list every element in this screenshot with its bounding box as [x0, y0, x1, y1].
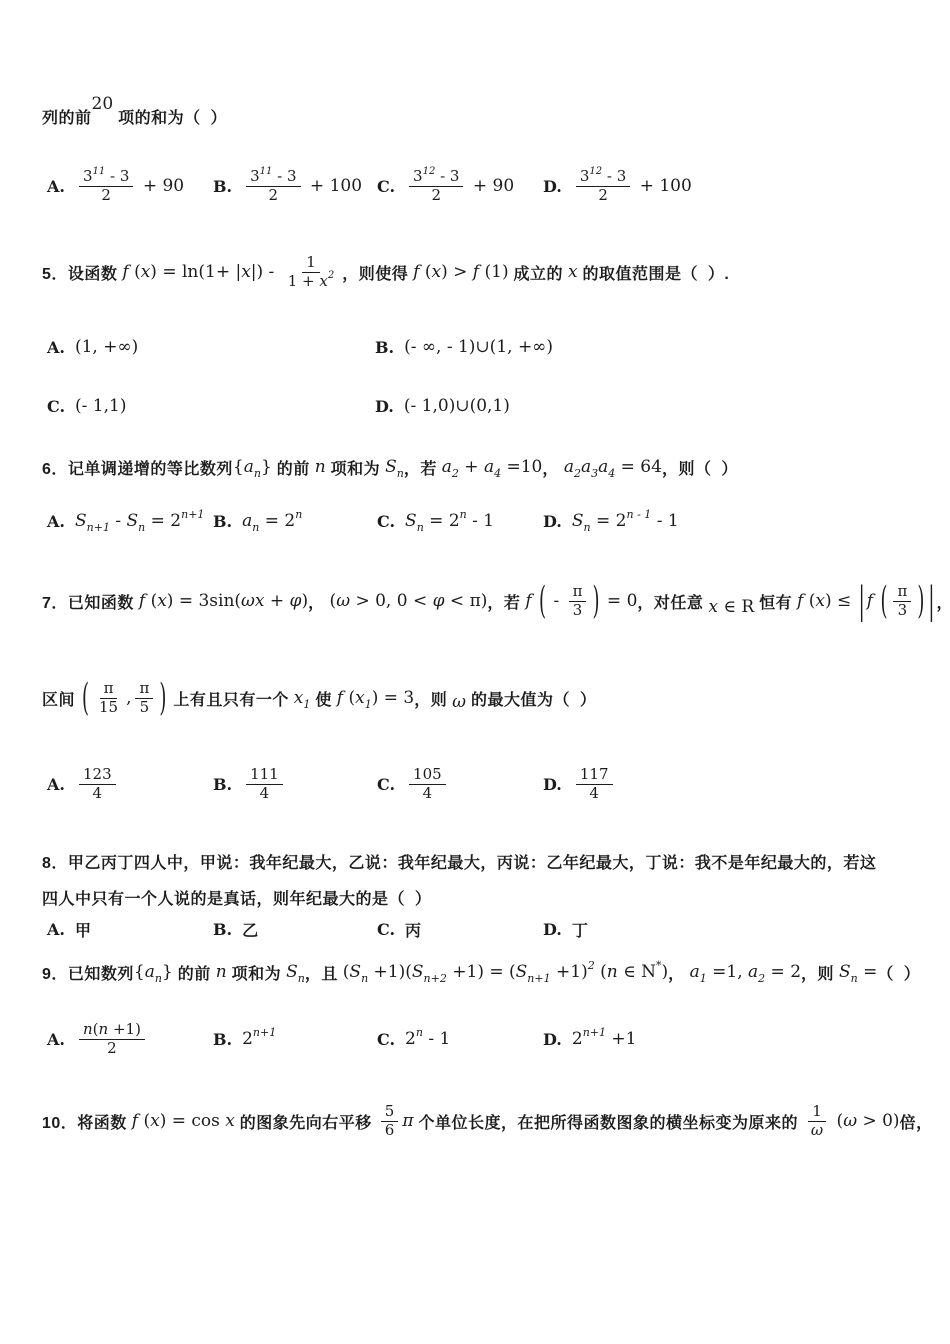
math-segment: S — [349, 962, 361, 982]
math-segment: ) — [159, 676, 166, 720]
math-segment: 1 — [700, 972, 707, 985]
math-segment: 丁 — [572, 918, 589, 941]
math-segment: n — [460, 508, 467, 521]
option-a-formula: 1234 — [75, 766, 120, 802]
math-segment: * — [656, 959, 662, 972]
math-segment: 20 — [92, 94, 114, 114]
question-6-stem: 6．记单调递增的等比数列{an} 的前 n 项和为 Sn，若 a2 + a4 =… — [42, 443, 738, 491]
math-segment: +1) = ( — [447, 962, 516, 982]
math-segment: ) — [592, 579, 599, 623]
numerator: 117 — [576, 766, 613, 784]
math-segment: + 90 — [467, 176, 514, 196]
math-segment: 列的前 — [42, 105, 92, 128]
math-segment: n — [155, 972, 162, 985]
numerator: 311 - 3 — [246, 168, 300, 186]
option-d: D.2n+1 +1 — [543, 1010, 636, 1068]
math-segment: ω — [452, 692, 466, 712]
math-segment: ) = cos — [160, 1111, 226, 1131]
math-segment: 15 — [99, 699, 118, 716]
math-segment: } — [162, 962, 173, 982]
math-segment: (1, +∞) — [75, 337, 138, 357]
math-segment: n — [295, 508, 302, 521]
math-segment: S — [286, 962, 298, 982]
math-segment: ) = 3sin( — [167, 591, 241, 611]
math-segment: 1 — [303, 698, 310, 711]
option-c-formula: 2n - 1 — [405, 1029, 450, 1049]
math-segment: = 64 — [615, 457, 662, 477]
math-segment: 2 — [107, 1040, 117, 1057]
math-segment: 区间 — [42, 687, 80, 710]
fraction: π3 — [893, 583, 911, 619]
math-segment: 2 — [405, 1029, 416, 1049]
math-segment: x — [815, 591, 825, 611]
math-segment: 2 — [758, 972, 765, 985]
math-segment: 乙 — [242, 918, 259, 941]
math-segment: 4 — [260, 785, 270, 802]
math-segment: n+1 — [583, 1026, 606, 1039]
math-segment: x — [141, 262, 151, 282]
math-segment: ，则使得 — [342, 261, 413, 284]
option-b-label: B. — [213, 177, 232, 196]
option-d: D.丁 — [543, 913, 588, 945]
math-segment: ( — [143, 1111, 150, 1131]
math-segment: φ — [433, 591, 450, 611]
math-segment: ) = ln(1+ | — [150, 262, 241, 282]
math-segment: ωx + φ — [241, 591, 301, 611]
question-4-options: A.311 - 32 + 90 B.311 - 32 + 100 C.312 -… — [0, 155, 950, 217]
denominator: 4 — [419, 785, 437, 802]
math-segment: 1 — [812, 1103, 822, 1120]
math-segment: a — [145, 962, 155, 982]
math-segment: n — [417, 521, 424, 534]
numerator: 105 — [409, 766, 446, 784]
math-segment: 的图象先向右平移 — [235, 1110, 377, 1133]
math-segment: x — [432, 262, 442, 282]
option-d-formula: (- 1,0)∪(0,1) — [404, 396, 510, 416]
fraction: π15 — [95, 680, 122, 716]
fraction: 1054 — [409, 766, 446, 802]
math-segment: = 2 — [424, 511, 460, 531]
math-segment: n — [138, 521, 145, 534]
math-segment: π — [104, 680, 114, 697]
math-segment: ω — [843, 1111, 862, 1131]
math-segment: f — [139, 591, 151, 611]
math-segment: ∈ N — [623, 962, 656, 982]
math-segment: 2 — [598, 187, 608, 204]
math-segment: n+1 — [253, 1026, 276, 1039]
option-d-formula: 312 - 32 + 100 — [572, 168, 692, 204]
math-segment: > 0) — [862, 1111, 899, 1131]
option-c-formula: 312 - 32 + 90 — [405, 168, 514, 204]
fraction: π3 — [569, 583, 587, 619]
option-a: A.Sn+1 - Sn = 2n+1 — [47, 500, 204, 542]
option-c-formula: 1054 — [405, 766, 450, 802]
math-segment: a — [748, 962, 758, 982]
math-segment: S — [385, 457, 397, 477]
math-segment: x — [225, 1111, 235, 1131]
option-c-label: C. — [377, 512, 395, 531]
denominator: 1 + x2 — [284, 273, 339, 290]
math-segment: 5 — [140, 699, 150, 716]
math-segment: n — [254, 467, 261, 480]
math-segment: ) ≤ — [825, 591, 857, 611]
option-b-label: B. — [213, 1030, 232, 1049]
question-9-options: A.n(n +1)2 B.2n+1 C.2n - 1 D.2n+1 +1 — [0, 1010, 950, 1068]
fraction: 11 + x2 — [284, 254, 339, 290]
math-segment: - 1 — [467, 511, 494, 531]
math-segment: n — [851, 972, 858, 985]
math-segment: 5．设函数 — [42, 261, 122, 284]
option-d-label: D. — [543, 177, 562, 196]
option-d-label: D. — [543, 920, 562, 939]
option-a-formula: Sn+1 - Sn = 2n+1 — [75, 511, 204, 531]
math-segment: ( — [343, 962, 350, 982]
denominator: 3 — [569, 602, 587, 619]
math-segment: ，若 — [487, 590, 525, 613]
option-c: C.312 - 32 + 90 — [377, 155, 514, 217]
math-segment: ( — [831, 1111, 843, 1131]
math-segment: x — [568, 262, 578, 282]
option-a: A.311 - 32 + 90 — [47, 155, 184, 217]
option-c: C.丙 — [377, 913, 422, 945]
option-c-label: C. — [377, 177, 395, 196]
math-segment: 2 — [574, 467, 581, 480]
option-a-formula: n(n +1)2 — [75, 1021, 149, 1057]
option-a-label: A. — [47, 512, 65, 531]
option-c: C.(- 1,1) — [47, 386, 126, 426]
math-segment: x — [294, 688, 304, 708]
option-c-label: C. — [377, 920, 395, 939]
option-a-label: A. — [47, 1030, 65, 1049]
math-segment: ) — [301, 591, 308, 611]
option-d: D.Sn = 2n - 1 - 1 — [543, 500, 679, 542]
question-5-options-row2: C.(- 1,1) D.(- 1,0)∪(0,1) — [0, 386, 950, 426]
math-segment: + a — [459, 457, 494, 477]
math-segment: f — [525, 591, 537, 611]
math-segment: x — [150, 1111, 160, 1131]
math-segment: 2 — [242, 1029, 253, 1049]
math-segment: a — [690, 962, 700, 982]
fraction: 1174 — [576, 766, 613, 802]
math-segment: 8．甲乙丙丁四人中，甲说：我年纪最大，乙说：我年纪最大，丙说：乙年纪最大，丁说：… — [42, 850, 876, 873]
math-segment: x — [241, 262, 251, 282]
math-segment: f — [473, 262, 485, 282]
math-segment: 117 — [580, 766, 609, 783]
option-c-formula: Sn = 2n - 1 — [405, 511, 494, 531]
math-segment: 2 — [431, 187, 441, 204]
math-segment: 的取值范围是（ ）. — [578, 261, 730, 284]
math-segment: ( — [809, 591, 816, 611]
math-segment: =1, — [707, 962, 748, 982]
math-segment: n+1 — [87, 521, 110, 534]
math-segment: ，在 — [936, 590, 950, 613]
math-segment: 12 — [423, 166, 436, 178]
option-b-formula: (- ∞, - 1)∪(1, +∞) — [404, 337, 553, 357]
math-segment: n — [607, 962, 623, 982]
math-segment: 1 — [365, 698, 372, 711]
numerator: π — [135, 680, 153, 698]
question-6-options: A.Sn+1 - Sn = 2n+1 B.an = 2n C.Sn = 2n -… — [0, 500, 950, 542]
math-segment: 3 — [573, 602, 583, 619]
math-segment: 使 — [310, 687, 336, 710]
math-segment: 倍， — [900, 1110, 933, 1133]
denominator: ω — [807, 1122, 827, 1139]
math-segment: +1) — [551, 962, 588, 982]
math-segment: n — [216, 962, 227, 982]
option-d-label: D. — [543, 1030, 562, 1049]
option-b: B.乙 — [213, 913, 259, 945]
option-b-label: B. — [375, 338, 394, 357]
math-segment: ， — [542, 456, 563, 479]
math-segment: = — [858, 962, 878, 982]
math-segment: 的最大值为（ ） — [466, 687, 596, 710]
math-segment: ( — [151, 591, 158, 611]
question-5-options-row1: A.(1, +∞) B.(- ∞, - 1)∪(1, +∞) — [0, 327, 950, 367]
math-segment: S — [412, 962, 424, 982]
math-segment: n — [584, 521, 591, 534]
option-b: B.1114 — [213, 755, 287, 813]
option-a: A.n(n +1)2 — [47, 1010, 149, 1068]
math-segment: 11 — [93, 166, 106, 178]
math-segment: (1) — [485, 262, 509, 282]
math-segment: n — [397, 467, 404, 480]
math-segment: + 100 — [634, 176, 692, 196]
question-10-stem: 10．将函数 f (x) = cos x 的图象先向右平移 56π 个单位长度，… — [42, 1083, 933, 1159]
math-segment: ) > — [441, 262, 473, 282]
math-segment: a — [564, 457, 574, 477]
math-segment: 丙 — [405, 918, 422, 941]
option-c: C.Sn = 2n - 1 — [377, 500, 494, 542]
math-segment: 上有且只有一个 — [168, 687, 293, 710]
math-segment: 111 — [250, 766, 279, 783]
math-segment: x — [355, 688, 365, 708]
math-segment: n — [416, 1026, 423, 1039]
math-segment: 的前 — [272, 456, 315, 479]
math-segment: a — [242, 511, 252, 531]
math-segment: 11 — [260, 166, 273, 178]
math-segment: ( — [82, 676, 89, 720]
denominator: 2 — [594, 187, 612, 204]
math-segment: 四人中只有一个人说的是真话，则年纪最大的是（ ） — [42, 886, 431, 909]
option-c-label: C. — [377, 1030, 395, 1049]
math-segment: < π) — [450, 591, 487, 611]
math-segment: ω — [811, 1122, 823, 1139]
math-segment: ∈ R — [723, 597, 754, 617]
math-segment: 2 — [572, 1029, 583, 1049]
question-5-stem: 5．设函数 f (x) = ln(1+ |x|) - 11 + x2，则使得 f… — [42, 240, 729, 304]
math-segment: ( — [595, 962, 607, 982]
option-a-label: A. — [47, 920, 65, 939]
option-b-text: 乙 — [242, 918, 259, 941]
option-b-label: B. — [213, 920, 232, 939]
math-segment: 105 — [413, 766, 442, 783]
math-segment: 6 — [385, 1122, 395, 1139]
option-d-label: D. — [543, 512, 562, 531]
math-segment: 2 — [101, 187, 111, 204]
math-segment: 甲 — [75, 918, 92, 941]
option-c-text: 丙 — [405, 918, 422, 941]
option-b-formula: 2n+1 — [242, 1029, 276, 1049]
option-a-formula: (1, +∞) — [75, 337, 138, 357]
math-segment: n — [298, 972, 305, 985]
denominator: 4 — [256, 785, 274, 802]
math-segment: +1)( — [368, 962, 412, 982]
numerator: 312 - 3 — [576, 168, 630, 186]
math-segment: ( — [539, 579, 546, 623]
option-c-label: C. — [47, 397, 65, 416]
math-segment: - S — [110, 511, 138, 531]
math-segment: ) = 3 — [372, 688, 415, 708]
math-segment: 4 — [608, 467, 615, 480]
math-segment: ， — [668, 961, 689, 984]
math-segment: - 1 — [651, 511, 678, 531]
denominator: 3 — [894, 602, 912, 619]
math-segment: { — [233, 457, 244, 477]
denominator: 2 — [427, 187, 445, 204]
denominator: 2 — [103, 1040, 121, 1057]
math-segment: f — [413, 262, 425, 282]
math-segment: | — [859, 579, 865, 623]
numerator: 123 — [79, 766, 116, 784]
math-segment: (- ∞, - 1)∪(1, +∞) — [404, 337, 553, 357]
fraction: 312 - 32 — [576, 168, 630, 204]
math-segment: n — [315, 457, 326, 477]
numerator: 1 — [302, 254, 320, 272]
fraction: 1ω — [807, 1103, 827, 1139]
option-c: C.1054 — [377, 755, 450, 813]
math-segment: f — [132, 1111, 144, 1131]
option-a-label: A. — [47, 338, 65, 357]
math-segment: 4 — [589, 785, 599, 802]
option-b: B.2n+1 — [213, 1010, 276, 1068]
math-segment: a — [442, 457, 452, 477]
math-segment: (- 1,1) — [75, 396, 126, 416]
option-a-text: 甲 — [75, 918, 92, 941]
math-segment: ( — [880, 579, 887, 623]
fraction: 1234 — [79, 766, 116, 802]
math-segment: ω — [336, 591, 355, 611]
math-segment: 7．已知函数 — [42, 590, 139, 613]
math-segment: ) — [662, 962, 669, 982]
option-a-label: A. — [47, 177, 65, 196]
math-segment: x — [319, 273, 327, 290]
option-b: B.(- ∞, - 1)∪(1, +∞) — [375, 327, 553, 367]
math-segment: ( — [330, 591, 337, 611]
math-segment: 成立的 — [509, 261, 568, 284]
math-segment: - 1 — [423, 1029, 450, 1049]
numerator: π — [569, 583, 587, 601]
option-d-text: 丁 — [572, 918, 589, 941]
math-segment: π — [897, 583, 907, 600]
math-segment: 项和为 — [227, 961, 286, 984]
question-7-stem-line1: 7．已知函数 f (x) = 3sin(ωx + φ)， (ω > 0, 0 <… — [42, 558, 950, 644]
question-7-options: A.1234 B.1114 C.1054 D.1174 — [0, 755, 950, 813]
math-segment: 恒有 — [754, 590, 797, 613]
math-segment: ，且 — [305, 961, 343, 984]
math-segment: 个单位长度，在把所得函数图象的横坐标变为原来的 — [414, 1110, 803, 1133]
math-segment: 3 — [83, 168, 93, 185]
option-c-label: C. — [377, 775, 395, 794]
question-4-stem: 列的前20 项的和为（ ） — [42, 95, 227, 137]
option-d-label: D. — [543, 775, 562, 794]
math-segment: ，则 — [801, 961, 839, 984]
math-segment: - 3 — [435, 168, 459, 185]
math-segment: 5 — [385, 1103, 395, 1120]
fraction: π5 — [135, 680, 153, 716]
option-b: B.an = 2n — [213, 500, 302, 542]
option-d-formula: Sn = 2n - 1 - 1 — [572, 511, 679, 531]
math-segment: 9．已知数列 — [42, 961, 134, 984]
option-b: B.311 - 32 + 100 — [213, 155, 362, 217]
math-segment: 12 — [589, 166, 602, 178]
option-b-formula: an = 2n — [242, 511, 302, 531]
math-segment: S — [405, 511, 417, 531]
math-segment: , — [126, 688, 131, 708]
math-segment: = 2 — [259, 511, 295, 531]
math-segment: 3 — [413, 168, 423, 185]
denominator: 4 — [585, 785, 603, 802]
math-segment: ) — [917, 579, 924, 623]
numerator: n(n +1) — [79, 1021, 145, 1039]
option-d: D.(- 1,0)∪(0,1) — [375, 386, 510, 426]
fraction: 312 - 32 — [409, 168, 463, 204]
math-segment: - 3 — [105, 168, 129, 185]
math-segment: f — [337, 688, 349, 708]
math-segment: 3 — [250, 168, 260, 185]
math-segment: | — [928, 579, 934, 623]
math-segment: π — [573, 583, 583, 600]
math-segment: ，则 — [414, 687, 452, 710]
math-segment: + 100 — [305, 176, 363, 196]
option-c: C.2n - 1 — [377, 1010, 450, 1068]
math-segment: x — [708, 597, 723, 617]
question-8-stem-line1: 8．甲乙丙丁四人中，甲说：我年纪最大，乙说：我年纪最大，丙说：乙年纪最大，丁说：… — [42, 845, 876, 877]
math-segment: n+1 — [527, 972, 550, 985]
math-segment: 2 — [588, 959, 595, 972]
math-segment: n - 1 — [627, 508, 652, 521]
math-segment: n+1 — [181, 508, 204, 521]
option-c-formula: (- 1,1) — [75, 396, 126, 416]
option-b-formula: 1114 — [242, 766, 287, 802]
math-segment: S — [572, 511, 584, 531]
denominator: 6 — [381, 1122, 399, 1139]
fraction: n(n +1)2 — [79, 1021, 145, 1057]
math-segment: 123 — [83, 766, 112, 783]
math-segment: = 2 — [145, 511, 181, 531]
option-a: A.(1, +∞) — [47, 327, 138, 367]
question-7-stem-line2: 区间 (π15,π5) 上有且只有一个 x1 使 f (x1) = 3，则 ω … — [42, 662, 596, 734]
math-segment: （ ） — [877, 961, 920, 984]
math-segment: =10 — [501, 457, 542, 477]
math-segment: S — [516, 962, 528, 982]
option-a: A.甲 — [47, 913, 92, 945]
option-b-formula: 311 - 32 + 100 — [242, 168, 362, 204]
math-segment: (- 1,0)∪(0,1) — [404, 396, 510, 416]
math-segment: ，对任意 — [637, 590, 708, 613]
math-segment: +1) — [108, 1021, 141, 1038]
fraction: 311 - 32 — [246, 168, 300, 204]
math-segment: 1 — [306, 254, 316, 271]
numerator: 312 - 3 — [409, 168, 463, 186]
math-segment: } — [261, 457, 272, 477]
option-d: D.1174 — [543, 755, 617, 813]
math-segment: 3 — [898, 602, 908, 619]
math-segment: ( — [134, 262, 141, 282]
math-segment: n+2 — [424, 972, 447, 985]
math-segment: n — [252, 521, 259, 534]
option-b-label: B. — [213, 512, 232, 531]
math-segment: f — [797, 591, 809, 611]
